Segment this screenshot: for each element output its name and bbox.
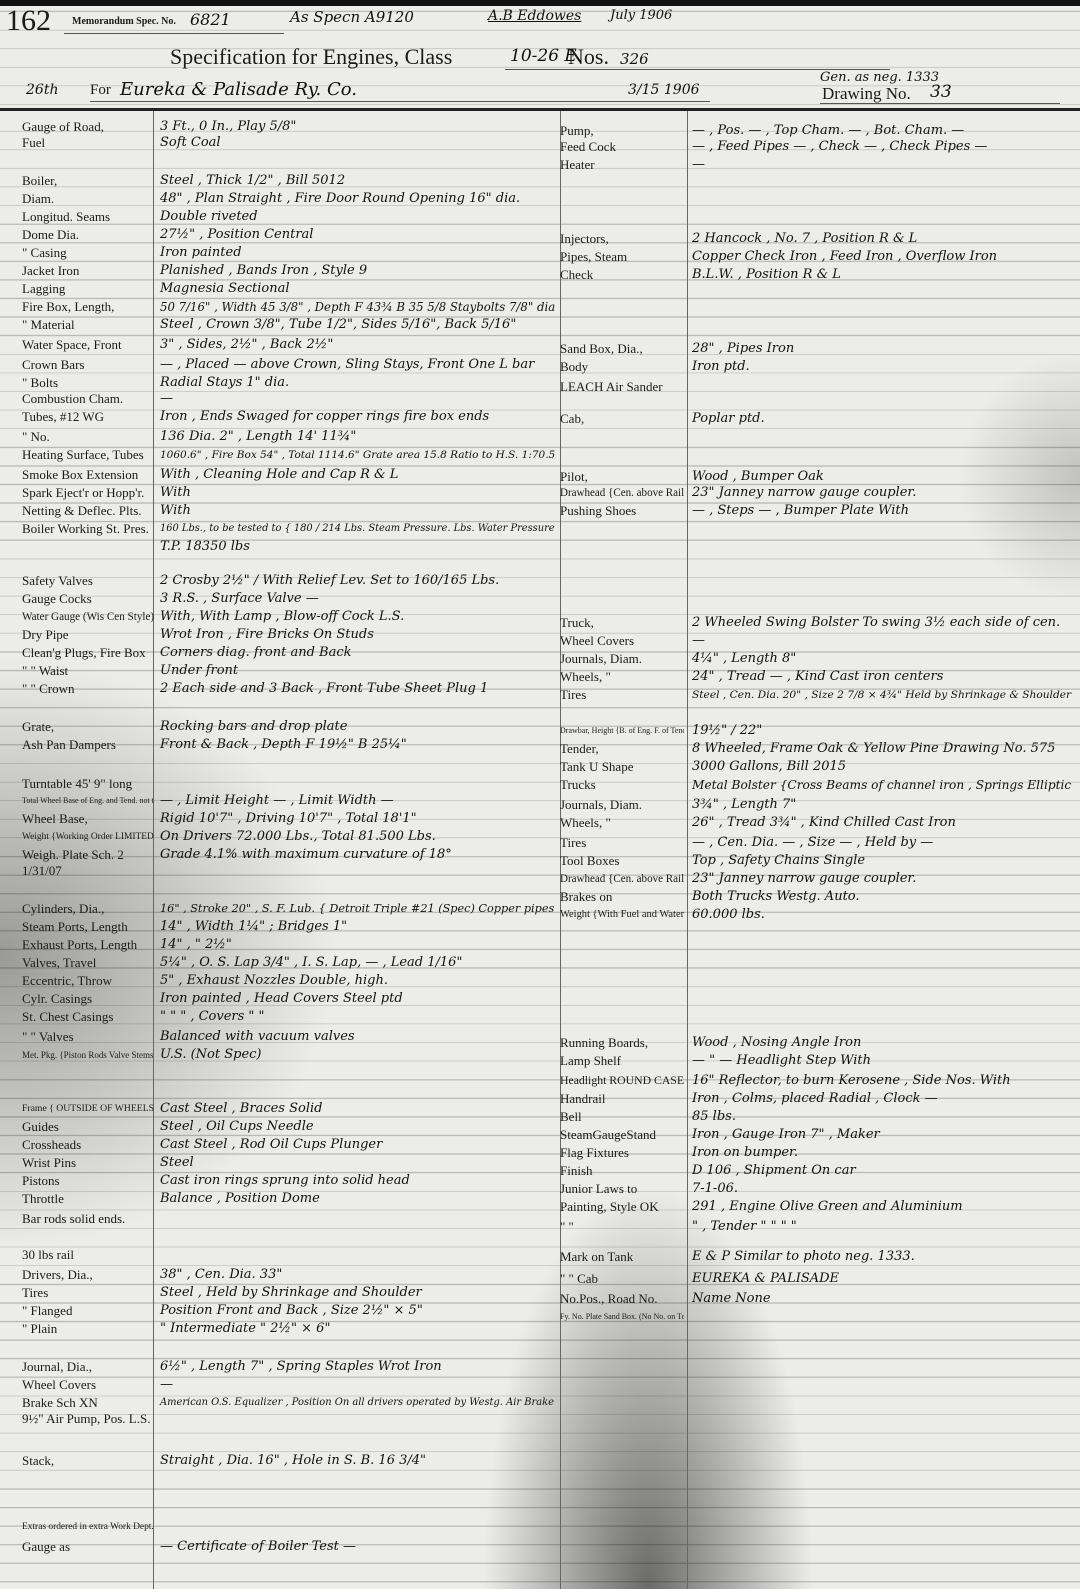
field-label: Wheel Base, <box>22 810 88 828</box>
field-value: 5¼" , O. S. Lap 3/4" , I. S. Lap, — , Le… <box>160 954 462 972</box>
field-label: Journal, Dia., <box>22 1358 92 1376</box>
field-value: E & P Similar to photo neg. 1333. <box>692 1248 915 1266</box>
field-label: Pistons <box>22 1172 60 1190</box>
field-label: " Material <box>22 316 75 334</box>
field-label: " " Crown <box>22 680 75 698</box>
field-label: Weight {Working Order LIMITED <box>22 828 154 846</box>
field-label: Sand Box, Dia., <box>560 340 643 358</box>
field-value: Steel , Held by Shrinkage and Shoulder <box>160 1284 422 1302</box>
field-label: Cab, <box>560 410 584 428</box>
drawing-label: Drawing No. <box>822 84 911 104</box>
field-value: — , Limit Height — , Limit Width — <box>160 792 394 810</box>
field-label: Lagging <box>22 280 65 298</box>
page-number: 162 <box>6 4 51 38</box>
field-label: Longitud. Seams <box>22 208 110 226</box>
field-label: " Plain <box>22 1320 57 1338</box>
field-label: Steam Ports, Length <box>22 918 128 936</box>
field-value: Double riveted <box>160 208 258 226</box>
field-value: — , Cen. Dia. — , Size — , Held by — <box>692 834 933 852</box>
field-label: Netting & Deflec. Plts. <box>22 502 142 520</box>
field-value: T.P. 18350 lbs <box>160 538 250 556</box>
engine-class: 10-26 E <box>510 46 577 66</box>
field-label: Smoke Box Extension <box>22 466 138 484</box>
field-label: Tank U Shape <box>560 758 633 776</box>
field-value: Radial Stays 1" dia. <box>160 374 289 392</box>
field-value: Balance , Position Dome <box>160 1190 320 1208</box>
field-label: Painting, Style OK <box>560 1198 659 1216</box>
field-label: Dry Pipe <box>22 626 69 644</box>
field-value: Iron painted , Head Covers Steel ptd <box>160 990 403 1008</box>
field-label: Met. Pkg. {Piston Rods Valve Stems <box>22 1046 153 1064</box>
field-label: Clean'g Plugs, Fire Box <box>22 644 146 662</box>
author-note: A.B Eddowes <box>488 8 581 24</box>
field-value: — <box>692 156 705 174</box>
field-value: With , Cleaning Hole and Cap R & L <box>160 466 398 484</box>
field-value: With <box>160 502 191 520</box>
field-label: Spark Eject'r or Hopp'r. <box>22 484 144 502</box>
field-label: Crown Bars <box>22 356 84 374</box>
field-label: Drawbar, Height {B. of Eng. F. of Tend <box>560 722 684 740</box>
field-label: Cylinders, Dia., <box>22 900 104 918</box>
field-value: — <box>160 1376 173 1394</box>
field-value: Top , Safety Chains Single <box>692 852 865 870</box>
field-value: 7-1-06. <box>692 1180 738 1198</box>
field-label: Throttle <box>22 1190 64 1208</box>
field-value: EUREKA & PALISADE <box>692 1270 839 1288</box>
field-label: Exhaust Ports, Length <box>22 936 137 954</box>
field-label: Drawhead {Cen. above Rail <box>560 484 684 502</box>
field-label: Water Gauge (Wis Cen Style) <box>22 608 154 626</box>
field-value: 136 Dia. 2" , Length 14' 11¾" <box>160 428 356 446</box>
field-value: 60.000 lbs. <box>692 906 765 924</box>
field-label: Diam. <box>22 190 54 208</box>
field-label: Fy. No. Plate Sand Box. (No No. on Tend)… <box>560 1308 684 1326</box>
field-value: — " — Headlight Step With <box>692 1052 871 1070</box>
field-label: Tool Boxes <box>560 852 619 870</box>
field-value: 23" Janney narrow gauge coupler. <box>692 870 916 888</box>
field-label: Wrist Pins <box>22 1154 76 1172</box>
field-label: Tires <box>560 686 586 704</box>
field-value: Iron , Gauge Iron 7" , Maker <box>692 1126 880 1144</box>
field-value: 160 Lbs., to be tested to { 180 / 214 Lb… <box>160 520 555 538</box>
field-value: 6½" , Length 7" , Spring Staples Wrot Ir… <box>160 1358 442 1376</box>
field-label: Extras ordered in extra Work Dept. <box>22 1518 154 1536</box>
field-value: 3" , Sides, 2½" , Back 2½" <box>160 336 333 354</box>
field-label: Fuel <box>22 134 45 152</box>
field-label: SteamGaugeStand <box>560 1126 656 1144</box>
field-label: Tires <box>560 834 586 852</box>
field-label: 9½" Air Pump, Pos. L.S. <box>22 1410 150 1428</box>
field-label: Tubes, #12 WG <box>22 408 104 426</box>
field-value: Under front <box>160 662 238 680</box>
field-label: Brakes on <box>560 888 612 906</box>
field-label: Wheel Covers <box>560 632 634 650</box>
field-label: " Casing <box>22 244 67 262</box>
field-label: Valves, Travel <box>22 954 96 972</box>
field-value: " " " , Covers " " <box>160 1008 265 1026</box>
field-label: Tender, <box>560 740 599 758</box>
field-value: 27½" , Position Central <box>160 226 313 244</box>
memo-number: 6821 <box>190 10 231 29</box>
field-value: Planished , Bands Iron , Style 9 <box>160 262 367 280</box>
field-label: " " Valves <box>22 1028 74 1046</box>
field-value: Steel , Thick 1/2" , Bill 5012 <box>160 172 345 190</box>
field-value: Name None <box>692 1290 771 1308</box>
field-value: Cast iron rings sprung into solid head <box>160 1172 410 1190</box>
field-value: Iron , Colms, placed Radial , Clock — <box>692 1090 938 1108</box>
field-value: Cast Steel , Braces Solid <box>160 1100 322 1118</box>
field-label: Headlight ROUND CASE <box>560 1072 684 1090</box>
field-value: Steel , Oil Cups Needle <box>160 1118 314 1136</box>
railway-name: Eureka & Palisade Ry. Co. <box>120 79 357 100</box>
left-label-divider <box>153 111 154 1589</box>
field-label: Dome Dia. <box>22 226 79 244</box>
field-label: Gauge as <box>22 1538 70 1556</box>
field-label: Weight {With Fuel and Water <box>560 906 684 924</box>
field-value: 291 , Engine Olive Green and Aluminium <box>692 1198 963 1216</box>
field-label: Ash Pan Dampers <box>22 736 116 754</box>
field-label: " " Cab <box>560 1270 598 1288</box>
field-value: — <box>692 632 705 650</box>
field-value: U.S. (Not Spec) <box>160 1046 262 1064</box>
field-label: Water Space, Front <box>22 336 122 354</box>
field-label: 1/31/07 <box>22 862 62 880</box>
header-divider <box>0 108 1080 111</box>
memo-label: Memorandum Spec. No. <box>72 16 176 27</box>
field-label: " Flanged <box>22 1302 72 1320</box>
field-value: Both Trucks Westg. Auto. <box>692 888 860 906</box>
field-value: 2 Hancock , No. 7 , Position R & L <box>692 230 917 248</box>
field-label: Wheel Covers <box>22 1376 96 1394</box>
field-label: Heating Surface, Tubes <box>22 446 144 464</box>
field-value: 28" , Pipes Iron <box>692 340 794 358</box>
field-label: 30 lbs rail <box>22 1246 74 1264</box>
gen-note: Gen. as neg. 1333 <box>820 70 939 85</box>
field-value: Iron on bumper. <box>692 1144 798 1162</box>
field-value: Metal Bolster {Cross Beams of channel ir… <box>692 776 1071 794</box>
field-label: Tires <box>22 1284 48 1302</box>
field-label: " No. <box>22 428 50 446</box>
field-label: Guides <box>22 1118 59 1136</box>
field-label: Junior Laws to <box>560 1180 637 1198</box>
field-value: 24" , Tread — , Kind Cast iron centers <box>692 668 943 686</box>
field-value: — , Steps — , Bumper Plate With <box>692 502 909 520</box>
field-value: Soft Coal <box>160 134 221 152</box>
field-label: Drivers, Dia., <box>22 1266 93 1284</box>
field-label: Grate, <box>22 718 54 736</box>
field-label: Journals, Diam. <box>560 796 642 814</box>
as-spec-note: As Specn A9120 <box>290 8 414 26</box>
field-label: Safety Valves <box>22 572 93 590</box>
field-value: Rocking bars and drop plate <box>160 718 347 736</box>
for-rule <box>90 101 710 102</box>
memo-rule <box>64 33 284 34</box>
field-value: Iron ptd. <box>692 358 750 376</box>
spec-sheet-page: 162 Memorandum Spec. No. 6821 As Specn A… <box>0 0 1080 1589</box>
field-label: Wheels, " <box>560 668 611 686</box>
field-value: 2 Each side and 3 Back , Front Tube Shee… <box>160 680 488 698</box>
field-label: Combustion Cham. <box>22 390 123 408</box>
field-value: 2 Wheeled Swing Bolster To swing 3½ each… <box>692 614 1060 632</box>
field-label: Pipes, Steam <box>560 248 627 266</box>
field-label: Body <box>560 358 588 376</box>
field-value: 14" , Width 1¼" ; Bridges 1" <box>160 918 347 936</box>
field-value: Magnesia Sectional <box>160 280 290 298</box>
field-value: Iron painted <box>160 244 242 262</box>
field-label: No.Pos., Road No. <box>560 1290 658 1308</box>
field-value: 14" , " 2½" <box>160 936 232 954</box>
field-label: Heater <box>560 156 595 174</box>
field-label: Gauge Cocks <box>22 590 92 608</box>
field-value: Grade 4.1% with maximum curvature of 18° <box>160 846 452 864</box>
field-label: LEACH Air Sander <box>560 378 663 396</box>
field-value: — , Placed — above Crown, Sling Stays, F… <box>160 356 534 374</box>
field-value: 3 R.S. , Surface Valve — <box>160 590 319 608</box>
field-value: Steel , Cen. Dia. 20" , Size 2 7/8 × 4¾"… <box>692 686 1071 704</box>
field-label: Total Wheel Base of Eng. and Tend. not t… <box>22 792 154 810</box>
field-label: Fire Box, Length, <box>22 298 114 316</box>
field-label: " " Waist <box>22 662 68 680</box>
field-value: Balanced with vacuum valves <box>160 1028 355 1046</box>
field-label: Bell <box>560 1108 582 1126</box>
field-value: 23" Janney narrow gauge coupler. <box>692 484 916 502</box>
field-value: Rigid 10'7" , Driving 10'7" , Total 18'1… <box>160 810 417 828</box>
field-value: American O.S. Equalizer , Position On al… <box>160 1394 554 1412</box>
field-label: Turntable 45' 9" long <box>22 775 132 793</box>
top-border <box>0 0 1080 6</box>
field-value: 8 Wheeled, Frame Oak & Yellow Pine Drawi… <box>692 740 1055 758</box>
field-label: Lamp Shelf <box>560 1052 621 1070</box>
field-value: 1060.6" , Fire Box 54" , Total 1114.6" G… <box>160 446 555 464</box>
side-note: 26th <box>26 82 58 98</box>
field-label: Boiler Working St. Pres. <box>22 520 149 538</box>
for-label: For <box>90 82 111 99</box>
field-value: Steel <box>160 1154 194 1172</box>
drawing-number: 33 <box>930 82 952 102</box>
field-label: Truck, <box>560 614 594 632</box>
date-note: July 1906 <box>610 8 672 23</box>
field-value: 16" Reflector, to burn Kerosene , Side N… <box>692 1072 1011 1090</box>
field-label: Flag Fixtures <box>560 1144 629 1162</box>
field-label: Eccentric, Throw <box>22 972 112 990</box>
field-value: 4¼" , Length 8" <box>692 650 796 668</box>
field-label: Drawhead {Cen. above Rail <box>560 870 684 888</box>
field-value: Position Front and Back , Size 2½" × 5" <box>160 1302 423 1320</box>
field-label: Feed Cock <box>560 138 616 156</box>
field-label: St. Chest Casings <box>22 1008 113 1026</box>
field-label: Mark on Tank <box>560 1248 633 1266</box>
field-value: Wrot Iron , Fire Bricks On Studs <box>160 626 374 644</box>
field-value: 38" , Cen. Dia. 33" <box>160 1266 282 1284</box>
field-label: Pushing Shoes <box>560 502 636 520</box>
field-value: 3¾" , Length 7" <box>692 796 796 814</box>
field-value: 3000 Gallons, Bill 2015 <box>692 758 846 776</box>
field-value: " Intermediate " 2½" × 6" <box>160 1320 330 1338</box>
right-label-divider <box>687 111 688 1589</box>
field-label: Finish <box>560 1162 593 1180</box>
field-value: With, With Lamp , Blow-off Cock L.S. <box>160 608 404 626</box>
field-value: Steel , Crown 3/8", Tube 1/2", Sides 5/1… <box>160 316 516 334</box>
field-value: D 106 , Shipment On car <box>692 1162 856 1180</box>
field-label: Jacket Iron <box>22 262 79 280</box>
field-label: Handrail <box>560 1090 605 1108</box>
page-title: Specification for Engines, Class <box>170 44 452 70</box>
field-value: — Certificate of Boiler Test — <box>160 1538 356 1556</box>
field-value: — <box>160 390 173 408</box>
field-label: Bar rods solid ends. <box>22 1210 125 1228</box>
engine-nos: 326 <box>620 50 649 68</box>
field-label: Check <box>560 266 593 284</box>
field-value: Front & Back , Depth F 19½" B 25¼" <box>160 736 407 754</box>
field-label: Injectors, <box>560 230 609 248</box>
field-value: B.L.W. , Position R & L <box>692 266 841 284</box>
field-value: On Drivers 72.000 Lbs., Total 81.500 Lbs… <box>160 828 436 846</box>
field-label: Cylr. Casings <box>22 990 92 1008</box>
field-label: Journals, Diam. <box>560 650 642 668</box>
field-value: Cast Steel , Rod Oil Cups Plunger <box>160 1136 382 1154</box>
field-label: Stack, <box>22 1452 54 1470</box>
field-label: Crossheads <box>22 1136 81 1154</box>
field-value: Iron , Ends Swaged for copper rings fire… <box>160 408 489 426</box>
field-value: Wood , Nosing Angle Iron <box>692 1034 861 1052</box>
field-value: — , Feed Pipes — , Check — , Check Pipes… <box>692 138 987 156</box>
field-label: Running Boards, <box>560 1034 648 1052</box>
field-value: " , Tender " " " " <box>692 1218 797 1236</box>
field-value: 26" , Tread 3¾" , Kind Chilled Cast Iron <box>692 814 956 832</box>
field-value: Poplar ptd. <box>692 410 765 428</box>
field-value: 16" , Stroke 20" , S. F. Lub. { Detroit … <box>160 900 554 918</box>
field-value: 85 lbs. <box>692 1108 736 1126</box>
field-label: " " <box>560 1218 574 1236</box>
field-value: 50 7/16" , Width 45 3/8" , Depth F 43¾ B… <box>160 298 555 316</box>
field-value: 48" , Plan Straight , Fire Door Round Op… <box>160 190 520 208</box>
field-value: Corners diag. front and Back <box>160 644 352 662</box>
nos-label: Nos. <box>568 44 609 70</box>
field-value: Copper Check Iron , Feed Iron , Overflow… <box>692 248 997 266</box>
field-label: Wheels, " <box>560 814 611 832</box>
field-label: Boiler, <box>22 172 57 190</box>
spec-date: 3/15 1906 <box>628 82 700 98</box>
field-value: 5" , Exhaust Nozzles Double, high. <box>160 972 388 990</box>
drawing-rule <box>820 103 1060 104</box>
field-label: Trucks <box>560 776 596 794</box>
field-label: Frame { OUTSIDE OF WHEELS <box>22 1100 154 1118</box>
field-value: With <box>160 484 191 502</box>
field-value: 2 Crosby 2½" / With Relief Lev. Set to 1… <box>160 572 499 590</box>
field-value: Straight , Dia. 16" , Hole in S. B. 16 3… <box>160 1452 426 1470</box>
field-value: 19½" / 22" <box>692 722 762 740</box>
